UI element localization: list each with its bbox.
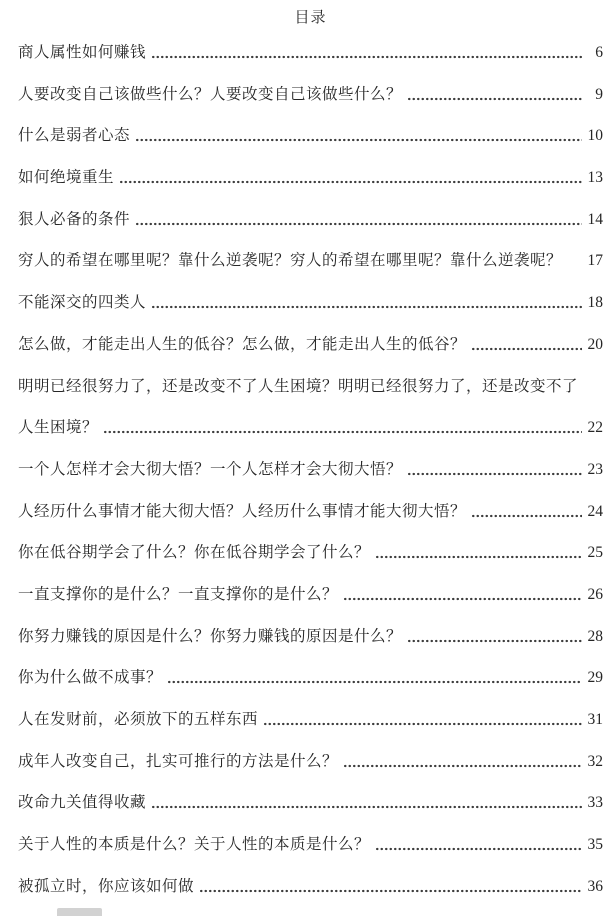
document-page: 目录 商人属性如何赚钱 6 人要改变自己该做些什么？人要改变自己该做些什么？ 9… <box>0 0 616 916</box>
toc-entry[interactable]: 你在低谷期学会了什么？你在低谷期学会了什么？ 25 <box>18 542 603 563</box>
toc-page-number: 33 <box>588 792 604 813</box>
toc-entry-title: 狠人必备的条件 <box>18 209 130 230</box>
toc-entry-title: 明明已经很努力了，还是改变不了人生困境？明明已经很努力了，还是改变不了 <box>18 376 578 397</box>
toc-entry-title: 不能深交的四类人 <box>18 292 146 313</box>
toc-entry-title: 成年人改变自己，扎实可推行的方法是什么？ <box>18 751 338 772</box>
toc-entry-title: 如何绝境重生 <box>18 167 114 188</box>
toc-entry[interactable]: 如何绝境重生 13 <box>18 167 603 188</box>
toc-entry[interactable]: 一直支撑你的是什么？一直支撑你的是什么？ 26 <box>18 584 603 605</box>
toc-entry-title: 人生困境？ <box>18 417 98 438</box>
toc-entry[interactable]: 人经历什么事情才能大彻大悟？人经历什么事情才能大彻大悟？ 24 <box>18 501 603 522</box>
toc-page-number: 22 <box>588 417 604 438</box>
toc-entry-title: 你努力赚钱的原因是什么？你努力赚钱的原因是什么？ <box>18 626 402 647</box>
toc-list: 商人属性如何赚钱 6 人要改变自己该做些什么？人要改变自己该做些什么？ 9 什么… <box>18 42 603 897</box>
toc-page-number: 29 <box>588 667 604 688</box>
toc-page-number: 35 <box>588 834 604 855</box>
toc-entry[interactable]: 人生困境？ 22 <box>18 417 603 438</box>
toc-page-number: 36 <box>588 876 604 897</box>
toc-entry-title: 关于人性的本质是什么？关于人性的本质是什么？ <box>18 834 370 855</box>
toc-page-number: 18 <box>588 292 604 313</box>
toc-page-number: 25 <box>588 542 604 563</box>
toc-entry[interactable]: 你努力赚钱的原因是什么？你努力赚钱的原因是什么？ 28 <box>18 626 603 647</box>
toc-entry-title: 穷人的希望在哪里呢？靠什么逆袭呢？穷人的希望在哪里呢？靠什么逆袭呢？ <box>18 250 562 271</box>
toc-page-number: 10 <box>588 125 604 146</box>
toc-entry[interactable]: 不能深交的四类人 18 <box>18 292 603 313</box>
toc-entry[interactable]: 商人属性如何赚钱 6 <box>18 42 603 63</box>
toc-leader-dots <box>407 639 581 643</box>
toc-leader-dots <box>151 305 581 309</box>
toc-page-number: 23 <box>588 459 604 480</box>
toc-leader-dots <box>151 805 581 809</box>
toc-page-number: 13 <box>588 167 604 188</box>
toc-leader-dots <box>199 889 581 893</box>
toc-page-number: 9 <box>589 84 603 105</box>
toc-entry-title: 一直支撑你的是什么？一直支撑你的是什么？ <box>18 584 338 605</box>
toc-entry[interactable]: 人在发财前，必须放下的五样东西 31 <box>18 709 603 730</box>
toc-entry-title: 什么是弱者心态 <box>18 125 130 146</box>
toc-entry-title: 人经历什么事情才能大彻大悟？人经历什么事情才能大彻大悟？ <box>18 501 466 522</box>
toc-leader-dots <box>103 430 581 434</box>
toc-page-number: 26 <box>588 584 604 605</box>
toc-leader-dots <box>119 180 581 184</box>
toc-entry[interactable]: 成年人改变自己，扎实可推行的方法是什么？ 32 <box>18 751 603 772</box>
toc-entry-title: 改命九关值得收藏 <box>18 792 146 813</box>
toc-leader-dots <box>151 55 583 59</box>
toc-entry-title: 怎么做，才能走出人生的低谷？怎么做，才能走出人生的低谷？ <box>18 334 466 355</box>
toc-entry-title: 人在发财前，必须放下的五样东西 <box>18 709 258 730</box>
toc-entry-title: 你为什么做不成事？ <box>18 667 162 688</box>
toc-page-number: 17 <box>588 250 604 271</box>
toc-leader-dots <box>407 472 581 476</box>
toc-leader-dots <box>407 97 583 101</box>
toc-page-number: 32 <box>588 751 604 772</box>
toc-page-number: 24 <box>588 501 604 522</box>
cutoff-gray-box <box>57 908 102 916</box>
toc-entry[interactable]: 狠人必备的条件 14 <box>18 209 603 230</box>
toc-entry-title: 你在低谷期学会了什么？你在低谷期学会了什么？ <box>18 542 370 563</box>
toc-leader-dots <box>135 138 581 142</box>
toc-entry[interactable]: 一个人怎样才会大彻大悟？一个人怎样才会大彻大悟？ 23 <box>18 459 603 480</box>
toc-page-number: 28 <box>588 626 604 647</box>
toc-entry[interactable]: 你为什么做不成事？ 29 <box>18 667 603 688</box>
toc-leader-dots <box>471 347 581 351</box>
toc-entry-title: 商人属性如何赚钱 <box>18 42 146 63</box>
toc-leader-dots <box>263 722 581 726</box>
toc-leader-dots <box>135 222 581 226</box>
toc-entry[interactable]: 关于人性的本质是什么？关于人性的本质是什么？ 35 <box>18 834 603 855</box>
toc-page-number: 31 <box>588 709 604 730</box>
toc-leader-dots <box>375 847 581 851</box>
toc-entry[interactable]: 明明已经很努力了，还是改变不了人生困境？明明已经很努力了，还是改变不了 <box>18 376 603 397</box>
toc-leader-dots <box>167 680 581 684</box>
toc-entry-title: 被孤立时，你应该如何做 <box>18 876 194 897</box>
toc-page-number: 20 <box>588 334 604 355</box>
toc-entry[interactable]: 改命九关值得收藏 33 <box>18 792 603 813</box>
toc-leader-dots <box>343 764 581 768</box>
toc-entry-title: 一个人怎样才会大彻大悟？一个人怎样才会大彻大悟？ <box>18 459 402 480</box>
toc-entry-title: 人要改变自己该做些什么？人要改变自己该做些什么？ <box>18 84 402 105</box>
toc-entry[interactable]: 穷人的希望在哪里呢？靠什么逆袭呢？穷人的希望在哪里呢？靠什么逆袭呢？ 17 <box>18 250 603 271</box>
toc-entry[interactable]: 怎么做，才能走出人生的低谷？怎么做，才能走出人生的低谷？ 20 <box>18 334 603 355</box>
toc-leader-dots <box>375 555 581 559</box>
toc-leader-dots <box>343 597 581 601</box>
toc-entry[interactable]: 被孤立时，你应该如何做 36 <box>18 876 603 897</box>
toc-heading: 目录 <box>18 9 603 27</box>
toc-leader-dots <box>471 514 581 518</box>
toc-entry[interactable]: 什么是弱者心态 10 <box>18 125 603 146</box>
toc-entry[interactable]: 人要改变自己该做些什么？人要改变自己该做些什么？ 9 <box>18 84 603 105</box>
toc-page-number: 14 <box>588 209 604 230</box>
toc-page-number: 6 <box>589 42 603 63</box>
